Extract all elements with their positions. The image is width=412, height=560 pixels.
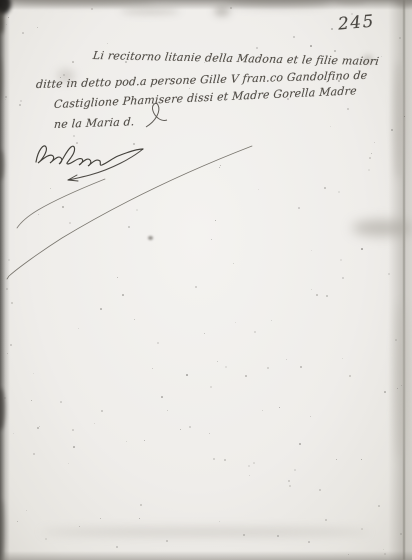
paper-speck: [224, 459, 226, 461]
paper-speck: [100, 518, 101, 519]
paper-speck: [254, 331, 256, 333]
paper-speck: [347, 108, 349, 110]
paper-speck: [384, 553, 386, 555]
paper-speck: [325, 519, 327, 521]
paper-speck: [215, 220, 216, 221]
paper-speck: [8, 259, 10, 261]
paper-speck: [116, 546, 118, 548]
paper-speck: [37, 27, 38, 28]
paper-speck: [136, 209, 138, 211]
paper-speck: [381, 56, 382, 57]
paper-speck: [209, 433, 210, 434]
paper-speck: [180, 429, 181, 430]
paper-speck: [133, 143, 135, 145]
paper-speck: [11, 302, 13, 304]
paper-speck: [279, 407, 280, 408]
paper-speck: [186, 374, 188, 376]
paper-speck: [7, 353, 8, 354]
pen-trial-arc-long: [7, 146, 252, 279]
paper-speck: [326, 295, 328, 297]
paper-speck: [213, 458, 215, 460]
paper-speck: [94, 423, 95, 424]
paper-speck: [368, 169, 370, 171]
paper-speck: [288, 480, 290, 482]
paper-speck: [68, 463, 69, 464]
paper-speck: [294, 469, 296, 471]
paper-speck: [316, 294, 318, 296]
paper-speck: [277, 535, 279, 537]
paper-speck: [22, 32, 24, 34]
paper-speck: [293, 36, 295, 38]
paper-speck: [122, 294, 124, 296]
paper-speck: [374, 142, 375, 143]
paper-speck: [13, 433, 14, 434]
paper-speck: [371, 153, 372, 154]
paper-speck: [331, 28, 333, 30]
paper-speck: [310, 45, 312, 47]
paper-speck: [248, 465, 250, 467]
paper-speck: [361, 459, 362, 460]
paper-speck: [140, 504, 142, 506]
paper-speck: [395, 339, 397, 341]
paper-speck: [157, 342, 159, 344]
paper-speck: [342, 358, 343, 359]
paper-speck: [289, 485, 291, 487]
paper-speck: [286, 359, 287, 360]
paper-speck: [378, 505, 380, 507]
stain-blob: [394, 60, 404, 180]
paper-speck: [39, 426, 40, 427]
paper-speck: [167, 410, 168, 411]
paper-speck: [400, 533, 402, 535]
paper-speck: [33, 453, 35, 455]
paper-speck: [342, 277, 344, 279]
bottom-edge-shadow: [0, 551, 412, 560]
paper-speck: [31, 400, 32, 401]
paper-speck: [361, 528, 363, 530]
paper-speck: [161, 396, 163, 398]
folio-number: 245: [337, 11, 376, 34]
paper-speck: [220, 165, 221, 166]
paper-speck: [20, 100, 22, 102]
paper-speck: [338, 191, 340, 193]
paper-speck: [79, 526, 80, 527]
paper-speck: [258, 189, 259, 190]
paper-speck: [369, 157, 371, 159]
paper-speck: [219, 521, 220, 522]
paper-speck: [262, 410, 263, 411]
paper-speck: [195, 286, 197, 288]
handwriting-line: ne la Maria d.: [54, 115, 136, 131]
pen-trial-arc-short: [17, 179, 105, 228]
paper-speck: [166, 540, 168, 542]
stain-blob: [214, 6, 230, 16]
paper-speck: [76, 142, 78, 144]
paper-speck: [245, 375, 247, 377]
paper-speck: [334, 50, 336, 52]
handwriting-line: Li recitorno litanie della Madona et le …: [92, 49, 380, 68]
paper-speck: [311, 289, 312, 290]
paper-speck: [144, 440, 145, 441]
paper-speck: [384, 391, 386, 393]
fore-edge-line: [403, 0, 405, 560]
paper-speck: [340, 259, 342, 261]
paper-speck: [267, 367, 269, 369]
paper-speck: [69, 222, 71, 224]
paper-speck: [336, 459, 337, 460]
paper-speck: [299, 443, 301, 445]
paper-speck: [45, 538, 47, 540]
paper-speck: [6, 288, 8, 290]
paper-speck: [256, 47, 258, 49]
paper-speck: [217, 361, 218, 362]
paper-speck: [300, 366, 302, 368]
paper-speck: [101, 410, 103, 412]
paper-speck: [401, 385, 402, 386]
paper-speck: [233, 263, 234, 264]
stain-blob: [396, 300, 406, 460]
paper-speck: [38, 214, 39, 215]
stain-blob: [40, 528, 370, 536]
stain-blob: [120, 8, 180, 14]
paper-speck: [189, 426, 191, 428]
paper-speck: [26, 510, 27, 511]
paper-speck: [4, 397, 6, 399]
paper-speck: [100, 308, 102, 310]
paper-speck: [17, 521, 18, 522]
paper-speck: [128, 226, 130, 228]
paper-speck: [219, 167, 220, 168]
paper-speck: [388, 273, 390, 275]
stain-blob: [352, 220, 412, 236]
paper-speck: [73, 135, 75, 137]
paper-speck: [391, 129, 393, 131]
paper-speck: [324, 187, 326, 189]
paper-speck: [107, 43, 108, 44]
paper-speck: [62, 206, 64, 208]
paper-speck: [72, 429, 74, 431]
paper-speck: [319, 489, 321, 491]
paper-speck: [225, 366, 227, 368]
paper-speck: [19, 104, 21, 106]
paper-speck: [249, 475, 250, 476]
paper-speck: [60, 401, 62, 403]
paper-speck: [91, 8, 93, 10]
paper-speck: [204, 333, 205, 334]
paper-speck: [37, 427, 39, 429]
paper-speck: [50, 188, 51, 189]
stain-blob: [148, 236, 153, 240]
paper-speck: [397, 388, 398, 389]
paper-speck: [308, 541, 310, 543]
paper-speck: [253, 462, 255, 464]
paper-speck: [10, 344, 12, 346]
paper-speck: [210, 386, 212, 388]
paper-speck: [33, 373, 34, 374]
paper-speck: [72, 61, 74, 63]
signature-underline-flourish: [68, 149, 143, 180]
signature-scribble: [36, 146, 143, 181]
signature-flourish-arrowhead: [68, 175, 78, 181]
paper-speck: [78, 328, 79, 329]
paper-speck: [330, 126, 331, 127]
paper-speck: [126, 441, 127, 442]
paper-speck: [311, 250, 312, 251]
paper-speck: [310, 416, 311, 417]
paper-speck: [189, 88, 190, 89]
manuscript-page: 245 Li recitorno litanie della Madona et…: [0, 0, 412, 560]
paper-speck: [139, 518, 140, 519]
paper-speck: [298, 207, 300, 209]
paper-speck: [117, 277, 118, 278]
paper-speck: [361, 248, 363, 250]
line-end-flourish: [146, 103, 167, 127]
paper-speck: [211, 239, 212, 240]
paper-speck: [134, 319, 135, 320]
paper-speck: [230, 7, 232, 9]
paper-speck: [63, 74, 65, 76]
paper-speck: [349, 375, 351, 377]
paper-speck: [271, 320, 272, 321]
paper-speck: [73, 446, 75, 448]
paper-speck: [235, 322, 236, 323]
paper-speck: [152, 368, 153, 369]
